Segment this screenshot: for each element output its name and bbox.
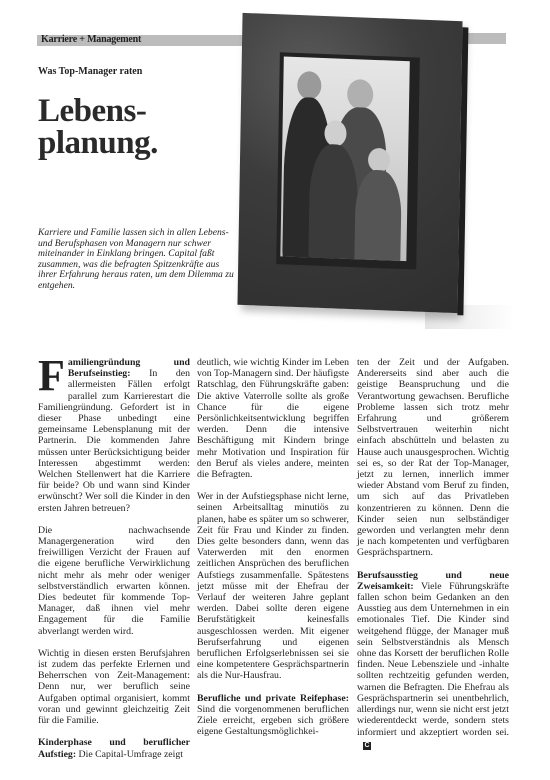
headline-line2: planung. (38, 125, 158, 161)
paragraph-text: Sind die vorgenommenen beruflichen Ziele… (197, 704, 349, 737)
mother-head (347, 79, 374, 110)
boy-head (368, 148, 390, 173)
article-column-1: Familiengründung und Berufseinstieg: In … (38, 357, 190, 771)
father-head (297, 71, 321, 100)
paragraph-text: Viele Führungskräfte fallen schon beim G… (357, 581, 509, 738)
section-label: Karriere + Management (41, 34, 141, 46)
girl-body (308, 143, 358, 261)
paragraph: Berufsausstieg und neue Zweisamkeit: Vie… (357, 570, 509, 750)
paragraph: ten der Zeit und der Aufgaben. Andererse… (357, 357, 509, 559)
paragraph: Kinderphase und beruflicher Aufstieg: Di… (38, 737, 190, 759)
subhead: Berufliche und private Reifephase: (197, 693, 349, 704)
kicker: Was Top-Manager raten (38, 66, 142, 77)
paragraph-text: Die Capital-Umfrage zeigt (76, 749, 183, 760)
paragraph: Berufliche und private Reifephase: Sind … (197, 693, 349, 738)
frame-edge (457, 27, 468, 315)
article-column-2: deutlich, wie wichtig Kinder im Leben vo… (197, 357, 349, 749)
drop-cap: F (38, 359, 65, 393)
paragraph: Familiengründung und Berufseinstieg: In … (38, 357, 190, 514)
lead-paragraph: Karriere und Familie lassen sich in alle… (38, 228, 238, 292)
headline: Lebens- planung. (38, 95, 158, 159)
paragraph: Wichtig in diesen ersten Berufsjahren is… (38, 648, 190, 726)
photo-frame-icon (237, 13, 462, 313)
end-mark-icon: C (363, 742, 371, 750)
boy-body (354, 169, 402, 261)
headline-line1: Lebens- (38, 93, 146, 129)
article-column-3: ten der Zeit und der Aufgaben. Andererse… (357, 357, 509, 761)
photo-frame-image (230, 15, 470, 315)
paragraph: deutlich, wie wichtig Kinder im Leben vo… (197, 357, 349, 480)
family-photo (280, 56, 409, 261)
paragraph: Die nachwachsende Managergeneration wird… (38, 525, 190, 637)
frame-mat (276, 52, 420, 269)
paragraph: Wer in der Aufstiegsphase nicht lerne, s… (197, 491, 349, 681)
